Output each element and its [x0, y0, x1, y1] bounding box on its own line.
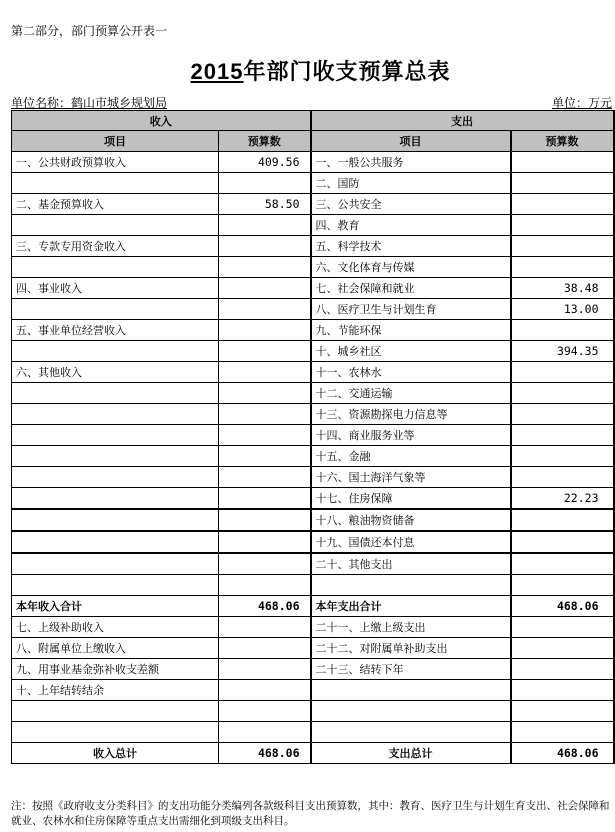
income-item-cell — [12, 553, 219, 575]
expense-item-cell: 十七、住房保障 — [311, 488, 511, 510]
income-budget-cell — [219, 531, 311, 553]
table-row: 十六、国土海洋气象等 — [12, 467, 614, 488]
expense-item-cell: 十二、交通运输 — [311, 383, 511, 404]
table-row: 九、用事业基金弥补收支差额二十三、结转下年 — [12, 659, 614, 680]
income-item-cell: 六、其他收入 — [12, 362, 219, 383]
expense-budget-cell — [511, 575, 614, 596]
expense-budget-cell — [511, 509, 614, 531]
table-row: 十九、国债还本付息 — [12, 531, 614, 553]
table-row: 四、事业收入七、社会保障和就业38.48 — [12, 278, 614, 299]
income-item-cell: 七、上级补助收入 — [12, 617, 219, 638]
expense-item-cell: 十一、农林水 — [311, 362, 511, 383]
income-budget-cell — [219, 383, 311, 404]
expense-header: 支出 — [311, 111, 614, 131]
income-budget-cell — [219, 341, 311, 362]
table-row: 十、上年结转结余 — [12, 680, 614, 701]
expense-item-cell: 十四、商业服务业等 — [311, 425, 511, 446]
expense-item-cell: 二十三、结转下年 — [311, 659, 511, 680]
expense-item-cell: 十、城乡社区 — [311, 341, 511, 362]
table-row: 一、公共财政预算收入409.56一、一般公共服务 — [12, 152, 614, 173]
income-budget-cell — [219, 488, 311, 510]
income-header: 收入 — [12, 111, 311, 131]
title-year: 2015 — [165, 59, 244, 85]
expense-budget-cell — [511, 701, 614, 722]
title-text: 年部门收支预算总表 — [243, 60, 450, 85]
income-item-cell — [12, 531, 219, 553]
expense-budget-cell — [511, 617, 614, 638]
expense-budget-cell — [511, 659, 614, 680]
expense-item-cell: 十九、国债还本付息 — [311, 531, 511, 553]
table-row: 六、文化体育与传媒 — [12, 257, 614, 278]
expense-item-cell — [311, 680, 511, 701]
expense-budget-cell — [511, 362, 614, 383]
income-item-cell: 三、专款专用资金收入 — [12, 236, 219, 257]
page-title: 2015 年部门收支预算总表 — [0, 55, 615, 86]
table-row: 二十、其他支出 — [12, 553, 614, 575]
table-row: 四、教育 — [12, 215, 614, 236]
income-item-cell — [12, 383, 219, 404]
expense-budget-cell: 22.23 — [511, 488, 614, 510]
income-budget-cell — [219, 257, 311, 278]
table-row: 本年收入合计468.06本年支出合计468.06 — [12, 596, 614, 617]
expense-budget-col-header: 预算数 — [511, 131, 614, 152]
income-item-cell — [12, 701, 219, 722]
org-label: 单位名称：鹤山市城乡规划局 — [11, 94, 167, 111]
income-budget-cell — [219, 173, 311, 194]
expense-item-cell: 二、国防 — [311, 173, 511, 194]
expense-budget-cell — [511, 320, 614, 341]
table-row: 二、国防 — [12, 173, 614, 194]
expense-item-cell: 二十一、上缴上级支出 — [311, 617, 511, 638]
table-row: 十五、金融 — [12, 446, 614, 467]
income-budget-cell — [219, 575, 311, 596]
income-item-cell: 本年收入合计 — [12, 596, 219, 617]
table-row: 六、其他收入十一、农林水 — [12, 362, 614, 383]
expense-budget-cell: 468.06 — [511, 743, 614, 764]
expense-item-col-header: 项目 — [311, 131, 511, 152]
income-item-cell — [12, 341, 219, 362]
expense-budget-cell — [511, 236, 614, 257]
budget-table: 收入 支出 项目 预算数 项目 预算数 一、公共财政预算收入409.56一、一般… — [11, 110, 615, 764]
table-row: 五、事业单位经营收入九、节能环保 — [12, 320, 614, 341]
income-budget-cell — [219, 425, 311, 446]
expense-budget-cell — [511, 152, 614, 173]
expense-budget-cell: 394.35 — [511, 341, 614, 362]
expense-budget-cell — [511, 173, 614, 194]
expense-budget-cell: 13.00 — [511, 299, 614, 320]
income-budget-cell: 468.06 — [219, 743, 311, 764]
income-budget-cell — [219, 320, 311, 341]
income-item-cell — [12, 425, 219, 446]
table-row: 二、基金预算收入58.50三、公共安全 — [12, 194, 614, 215]
income-item-cell — [12, 509, 219, 531]
expense-budget-cell: 468.06 — [511, 596, 614, 617]
expense-budget-cell — [511, 553, 614, 575]
expense-item-cell — [311, 722, 511, 743]
income-budget-cell — [219, 362, 311, 383]
expense-item-cell — [311, 701, 511, 722]
table-row: 收入总计468.06支出总计468.06 — [12, 743, 614, 764]
income-item-cell: 十、上年结转结余 — [12, 680, 219, 701]
income-item-cell: 一、公共财政预算收入 — [12, 152, 219, 173]
income-item-cell: 九、用事业基金弥补收支差额 — [12, 659, 219, 680]
expense-item-cell — [311, 575, 511, 596]
income-item-cell — [12, 446, 219, 467]
income-budget-cell: 58.50 — [219, 194, 311, 215]
income-budget-cell — [219, 215, 311, 236]
expense-item-cell: 五、科学技术 — [311, 236, 511, 257]
expense-item-cell: 二十二、对附属单补助支出 — [311, 638, 511, 659]
income-item-cell — [12, 173, 219, 194]
footnote: 注：按照《政府收支分类科目》的支出功能分类编列各款级科目支出预算数，其中：教育、… — [11, 799, 611, 829]
unit-label: 单位：万元 — [552, 94, 612, 111]
expense-budget-cell: 38.48 — [511, 278, 614, 299]
expense-budget-cell — [511, 680, 614, 701]
expense-budget-cell — [511, 425, 614, 446]
income-item-cell — [12, 299, 219, 320]
table-row: 八、附属单位上缴收入二十二、对附属单补助支出 — [12, 638, 614, 659]
income-budget-cell: 409.56 — [219, 152, 311, 173]
expense-item-cell: 九、节能环保 — [311, 320, 511, 341]
expense-item-cell: 十八、粮油物资储备 — [311, 509, 511, 531]
expense-item-cell: 十五、金融 — [311, 446, 511, 467]
table-row — [12, 722, 614, 743]
income-budget-col-header: 预算数 — [219, 131, 311, 152]
expense-item-cell: 四、教育 — [311, 215, 511, 236]
income-budget-cell: 468.06 — [219, 596, 311, 617]
expense-item-cell: 十三、资源勘探电力信息等 — [311, 404, 511, 425]
table-row — [12, 575, 614, 596]
income-item-col-header: 项目 — [12, 131, 219, 152]
income-item-cell — [12, 488, 219, 510]
expense-budget-cell — [511, 194, 614, 215]
expense-budget-cell — [511, 446, 614, 467]
table-row: 十七、住房保障22.23 — [12, 488, 614, 510]
table-row: 七、上级补助收入二十一、上缴上级支出 — [12, 617, 614, 638]
section-subtitle: 第二部分，部门预算公开表一 — [11, 22, 167, 39]
expense-budget-cell — [511, 404, 614, 425]
income-budget-cell — [219, 722, 311, 743]
expense-budget-cell — [511, 467, 614, 488]
income-budget-cell — [219, 553, 311, 575]
income-item-cell — [12, 575, 219, 596]
table-row: 八、医疗卫生与计划生育13.00 — [12, 299, 614, 320]
expense-item-cell: 七、社会保障和就业 — [311, 278, 511, 299]
expense-budget-cell — [511, 531, 614, 553]
table-row: 十八、粮油物资储备 — [12, 509, 614, 531]
income-budget-cell — [219, 299, 311, 320]
column-header-row: 项目 预算数 项目 预算数 — [12, 131, 614, 152]
expense-item-cell: 本年支出合计 — [311, 596, 511, 617]
income-budget-cell — [219, 617, 311, 638]
income-item-cell — [12, 722, 219, 743]
table-row — [12, 701, 614, 722]
income-item-cell — [12, 467, 219, 488]
income-item-cell: 二、基金预算收入 — [12, 194, 219, 215]
expense-budget-cell — [511, 257, 614, 278]
income-budget-cell — [219, 404, 311, 425]
table-row: 十四、商业服务业等 — [12, 425, 614, 446]
income-budget-cell — [219, 236, 311, 257]
income-item-cell — [12, 404, 219, 425]
expense-item-cell: 二十、其他支出 — [311, 553, 511, 575]
income-item-cell: 五、事业单位经营收入 — [12, 320, 219, 341]
income-item-cell: 八、附属单位上缴收入 — [12, 638, 219, 659]
table-row: 三、专款专用资金收入五、科学技术 — [12, 236, 614, 257]
income-budget-cell — [219, 278, 311, 299]
expense-item-cell: 十六、国土海洋气象等 — [311, 467, 511, 488]
expense-item-cell: 六、文化体育与传媒 — [311, 257, 511, 278]
expense-item-cell: 支出总计 — [311, 743, 511, 764]
expense-item-cell: 八、医疗卫生与计划生育 — [311, 299, 511, 320]
expense-budget-cell — [511, 722, 614, 743]
income-item-cell: 四、事业收入 — [12, 278, 219, 299]
expense-item-cell: 三、公共安全 — [311, 194, 511, 215]
income-budget-cell — [219, 638, 311, 659]
expense-budget-cell — [511, 215, 614, 236]
table-row: 十三、资源勘探电力信息等 — [12, 404, 614, 425]
income-budget-cell — [219, 659, 311, 680]
table-row: 十、城乡社区394.35 — [12, 341, 614, 362]
expense-budget-cell — [511, 383, 614, 404]
income-item-cell — [12, 215, 219, 236]
income-item-cell — [12, 257, 219, 278]
expense-item-cell: 一、一般公共服务 — [311, 152, 511, 173]
income-budget-cell — [219, 701, 311, 722]
income-budget-cell — [219, 509, 311, 531]
income-item-cell: 收入总计 — [12, 743, 219, 764]
income-budget-cell — [219, 446, 311, 467]
income-budget-cell — [219, 680, 311, 701]
expense-budget-cell — [511, 638, 614, 659]
income-budget-cell — [219, 467, 311, 488]
section-header-row: 收入 支出 — [12, 111, 614, 131]
table-row: 十二、交通运输 — [12, 383, 614, 404]
